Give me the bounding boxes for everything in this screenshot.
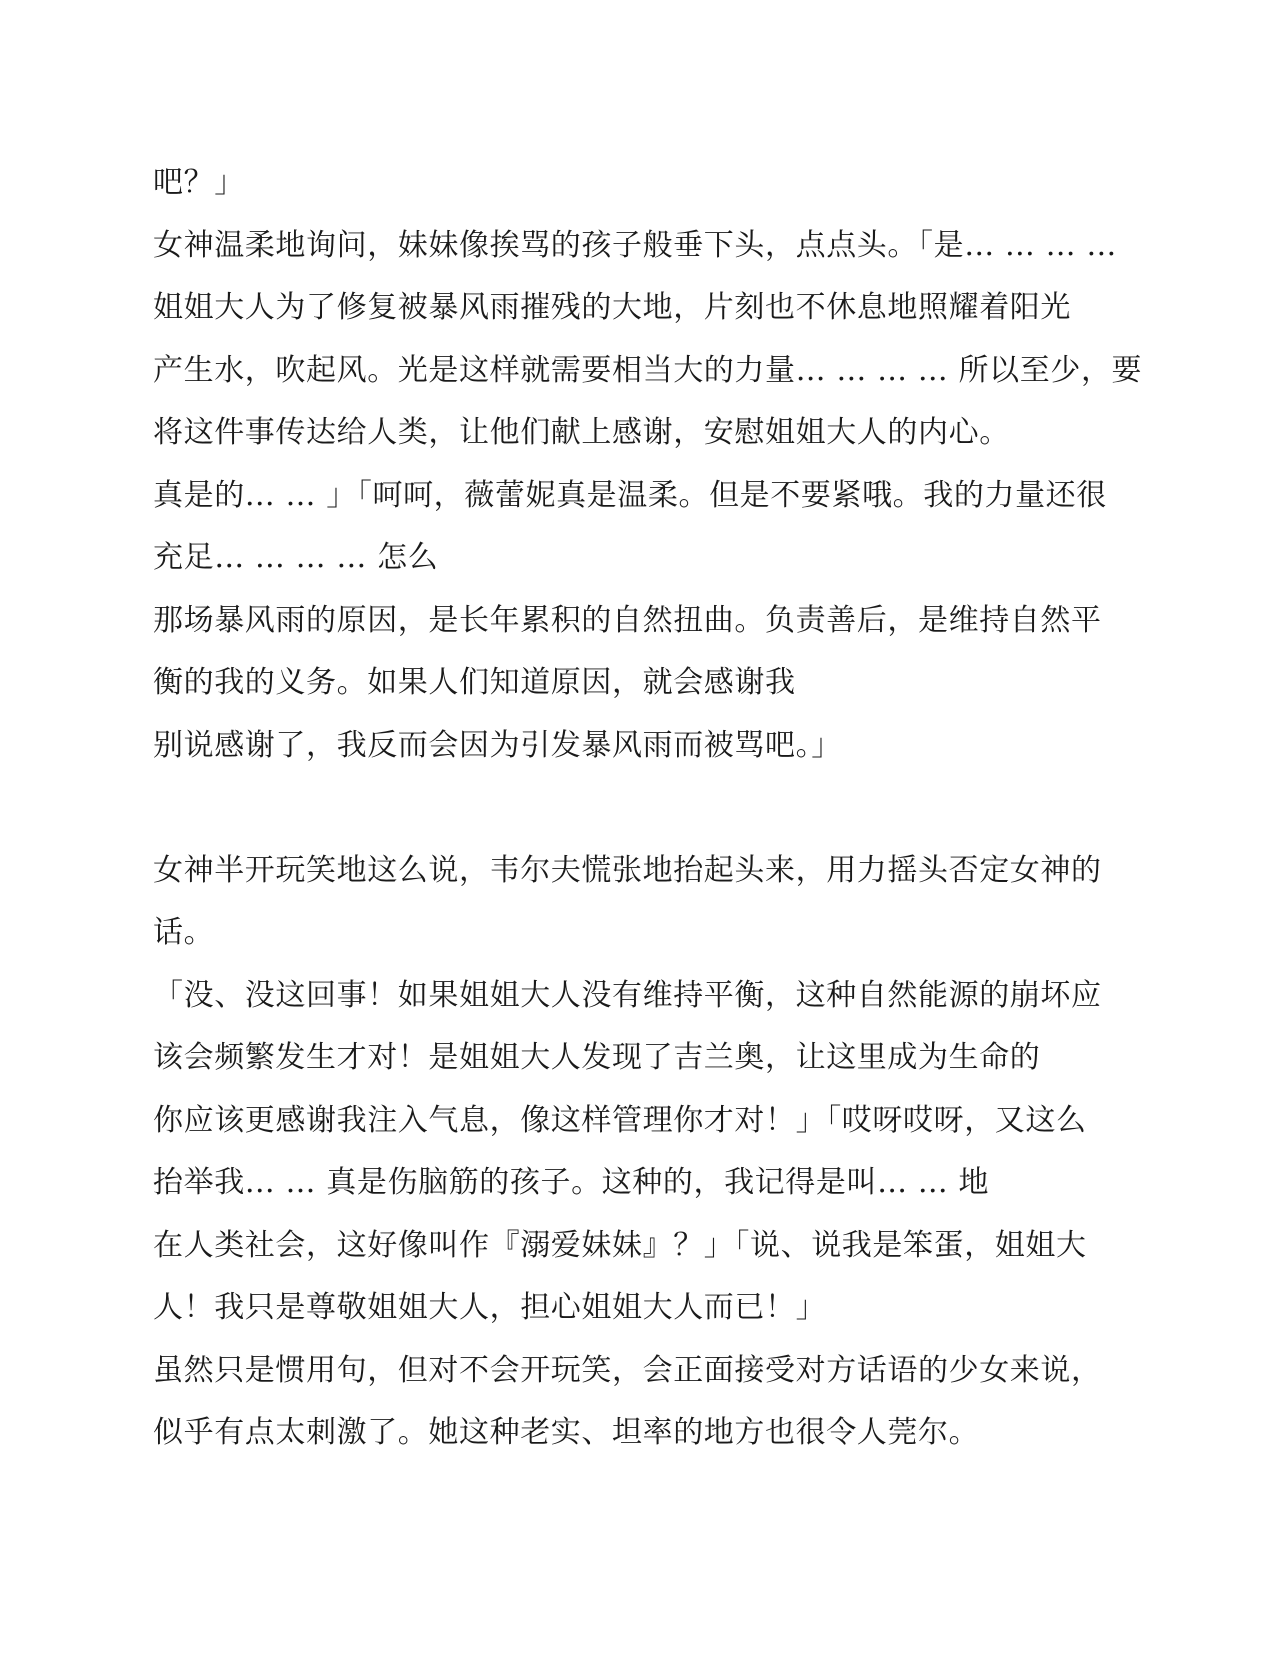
text-line: 「没、没这回事！如果姐姐大人没有维持平衡，这种自然能源的崩坏应	[153, 971, 1153, 1034]
text-line: 抬举我… … 真是伤脑筋的孩子。这种的，我记得是叫… … 地	[153, 1158, 1153, 1221]
document-page: 吧？」 女神温柔地询问，妹妹像挨骂的孩子般垂下头，点点头。「是… … … … 姐…	[153, 158, 1153, 1471]
text-line: 吧？」	[153, 158, 1153, 221]
text-line: 话。	[153, 908, 1153, 971]
text-line: 真是的… … 」「呵呵，薇蕾妮真是温柔。但是不要紧哦。我的力量还很	[153, 471, 1153, 534]
text-line: 女神半开玩笑地这么说，韦尔夫慌张地抬起头来，用力摇头否定女神的	[153, 846, 1153, 909]
text-line: 在人类社会，这好像叫作『溺爱妹妹』？」「说、说我是笨蛋，姐姐大	[153, 1221, 1153, 1284]
text-line: 人！我只是尊敬姐姐大人，担心姐姐大人而已！」	[153, 1283, 1153, 1346]
paragraph-gap	[153, 783, 1153, 846]
text-line: 姐姐大人为了修复被暴风雨摧残的大地，片刻也不休息地照耀着阳光	[153, 283, 1153, 346]
text-line: 似乎有点太刺激了。她这种老实、坦率的地方也很令人莞尔。	[153, 1408, 1153, 1471]
text-line: 你应该更感谢我注入气息，像这样管理你才对！」「哎呀哎呀，又这么	[153, 1096, 1153, 1159]
text-line: 那场暴风雨的原因，是长年累积的自然扭曲。负责善后，是维持自然平	[153, 596, 1153, 659]
text-line: 虽然只是惯用句，但对不会开玩笑，会正面接受对方话语的少女来说，	[153, 1346, 1153, 1409]
text-line: 充足… … … … 怎么	[153, 533, 1153, 596]
text-line: 产生水，吹起风。光是这样就需要相当大的力量… … … … 所以至少，要	[153, 346, 1153, 409]
text-line: 将这件事传达给人类，让他们献上感谢，安慰姐姐大人的内心。	[153, 408, 1153, 471]
text-line: 该会频繁发生才对！是姐姐大人发现了吉兰奥，让这里成为生命的	[153, 1033, 1153, 1096]
text-line: 别说感谢了，我反而会因为引发暴风雨而被骂吧。」	[153, 721, 1153, 784]
text-line: 衡的我的义务。如果人们知道原因，就会感谢我	[153, 658, 1153, 721]
text-line: 女神温柔地询问，妹妹像挨骂的孩子般垂下头，点点头。「是… … … …	[153, 221, 1153, 284]
